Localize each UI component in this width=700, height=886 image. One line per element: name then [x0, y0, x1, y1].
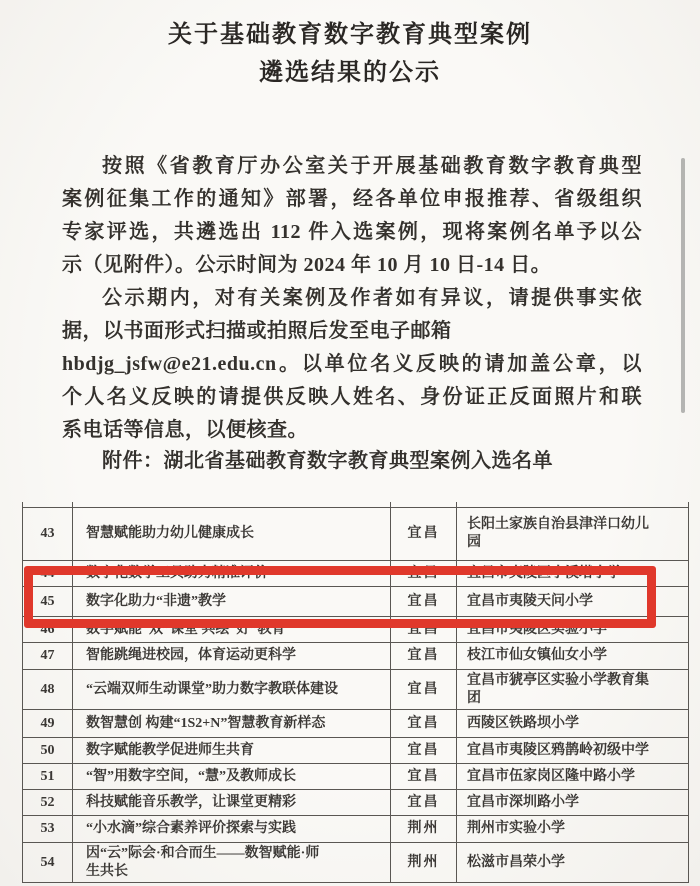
page-title-line1: 关于基础教育数字教育典型案例: [0, 16, 700, 54]
table-row: 47 智能跳绳进校园，体育运动更科学 宜昌 枝江市仙女镇仙女小学: [23, 643, 689, 670]
row-case: 科技赋能音乐教学，让课堂更精彩: [73, 790, 391, 816]
row-city: 宜昌: [391, 617, 457, 643]
row-city: 荆州: [391, 843, 457, 883]
row-org: 宜昌市伍家岗区隆中路小学: [457, 764, 689, 790]
table-row: 53 “小水滴”综合素养评价探索与实践 荆州 荆州市实验小学: [23, 816, 689, 843]
row-case: 智能跳绳进校园，体育运动更科学: [73, 643, 391, 670]
paragraph-objection: 公示期内，对有关案例及作者如有异议，请提供事实依据，以书面形式扫描或拍照后发至电…: [62, 282, 642, 447]
attachment-note: 附件：湖北省基础教育数字教育典型案例入选名单: [62, 445, 700, 478]
row-city: 宜昌: [391, 790, 457, 816]
row-org: 荆州市实验小学: [457, 816, 689, 843]
row-org: 宜昌市猇亭区实验小学教育集团: [457, 670, 689, 710]
row-city: 宜昌: [391, 710, 457, 738]
paragraph-line: 据，以书面形式扫描或拍照后发至电子邮箱: [62, 315, 642, 348]
row-org: 宜昌市夷陵区鸦鹊岭初级中学: [457, 738, 689, 764]
row-no: 50: [23, 738, 73, 764]
row-no: 44: [23, 561, 73, 587]
row-org: 长阳土家族自治县津洋口幼儿园: [457, 508, 689, 561]
row-case: 数字赋能“双”课堂 共绘“好”教育: [73, 617, 391, 643]
row-city: 宜昌: [391, 508, 457, 561]
row-org: 松滋市昌荣小学: [457, 843, 689, 883]
document-page: 关于基础教育数字教育典型案例 遴选结果的公示 按照《省教育厅办公室关于开展基础教…: [0, 0, 700, 886]
scrollbar-thumb[interactable]: [681, 158, 685, 413]
row-no: 51: [23, 764, 73, 790]
row-no: 53: [23, 816, 73, 843]
table-row: 49 数智慧创 构建“1S2+N”智慧教育新样态 宜昌 西陵区铁路坝小学: [23, 710, 689, 738]
row-case: 因“云”际会·和合而生——数智赋能·师生共长: [73, 843, 391, 883]
table-row: 43 智慧赋能助力幼儿健康成长 宜昌 长阳土家族自治县津洋口幼儿园: [23, 508, 689, 561]
paragraph-line: hbdjg_jsfw@e21.edu.cn。以单位名义反映的请加盖公章，以: [62, 348, 642, 381]
row-org: 宜昌市夷陵区实验小学: [457, 617, 689, 643]
row-case: “小水滴”综合素养评价探索与实践: [73, 816, 391, 843]
paragraph-notice: 按照《省教育厅办公室关于开展基础教育数字教育典型案例征集工作的通知》部署，经各单…: [62, 150, 642, 282]
row-no: 43: [23, 508, 73, 561]
row-no: 45: [23, 587, 73, 617]
table-row-highlighted: 45 数字化助力“非遗”教学 宜昌 宜昌市夷陵天问小学: [23, 587, 689, 617]
row-case: “智”用数字空间，“慧”及教师成长: [73, 764, 391, 790]
table-row: 44 数字化数学工具助力精准评价 宜昌 宜昌市夷陵区小溪塔小学: [23, 561, 689, 587]
row-city: 宜昌: [391, 643, 457, 670]
row-org: 宜昌市深圳路小学: [457, 790, 689, 816]
paragraph-line: 个人名义反映的请提供反映人姓名、身份证正反面照片和联: [62, 381, 642, 414]
row-no: 52: [23, 790, 73, 816]
row-no: 49: [23, 710, 73, 738]
table-row: 51 “智”用数字空间，“慧”及教师成长 宜昌 宜昌市伍家岗区隆中路小学: [23, 764, 689, 790]
row-city: 宜昌: [391, 738, 457, 764]
paragraph-line: 专家评选，共遴选出 112 件入选案例，现将案例名单予以公: [62, 216, 642, 249]
row-no: 46: [23, 617, 73, 643]
row-no: 54: [23, 843, 73, 883]
page-title-line2: 遴选结果的公示: [0, 54, 700, 92]
row-city: 荆州: [391, 816, 457, 843]
paragraph-line: 案例征集工作的通知》部署，经各单位申报推荐、省级组织: [62, 183, 642, 216]
row-org: 枝江市仙女镇仙女小学: [457, 643, 689, 670]
paragraph-line: 示（见附件）。公示时间为 2024 年 10 月 10 日-14 日。: [62, 249, 642, 282]
table-row: 48 “云端双师生动课堂”助力数字教联体建设 宜昌 宜昌市猇亭区实验小学教育集团: [23, 670, 689, 710]
table-row: 50 数字赋能教学促进师生共育 宜昌 宜昌市夷陵区鸦鹊岭初级中学: [23, 738, 689, 764]
paragraph-line: 按照《省教育厅办公室关于开展基础教育数字教育典型: [62, 150, 642, 183]
row-city: 宜昌: [391, 764, 457, 790]
row-city: 宜昌: [391, 587, 457, 617]
row-case: 智慧赋能助力幼儿健康成长: [73, 508, 391, 561]
table-row: 52 科技赋能音乐教学，让课堂更精彩 宜昌 宜昌市深圳路小学: [23, 790, 689, 816]
row-case: 数字赋能教学促进师生共育: [73, 738, 391, 764]
case-table-body: 43 智慧赋能助力幼儿健康成长 宜昌 长阳土家族自治县津洋口幼儿园 44 数字化…: [23, 502, 689, 883]
table-row: 54 因“云”际会·和合而生——数智赋能·师生共长 荆州 松滋市昌荣小学: [23, 843, 689, 883]
row-city: 宜昌: [391, 670, 457, 710]
row-org: 宜昌市夷陵区小溪塔小学: [457, 561, 689, 587]
row-org: 宜昌市夷陵天问小学: [457, 587, 689, 617]
row-city: 宜昌: [391, 561, 457, 587]
row-case: 数字化数学工具助力精准评价: [73, 561, 391, 587]
row-no: 47: [23, 643, 73, 670]
row-case: 数智慧创 构建“1S2+N”智慧教育新样态: [73, 710, 391, 738]
paragraph-line: 公示期内，对有关案例及作者如有异议，请提供事实依: [62, 282, 642, 315]
row-no: 48: [23, 670, 73, 710]
row-org: 西陵区铁路坝小学: [457, 710, 689, 738]
case-table: 43 智慧赋能助力幼儿健康成长 宜昌 长阳土家族自治县津洋口幼儿园 44 数字化…: [22, 502, 694, 886]
page-title: 关于基础教育数字教育典型案例 遴选结果的公示: [0, 16, 700, 92]
table-row: 46 数字赋能“双”课堂 共绘“好”教育 宜昌 宜昌市夷陵区实验小学: [23, 617, 689, 643]
row-case: 数字化助力“非遗”教学: [73, 587, 391, 617]
row-case: “云端双师生动课堂”助力数字教联体建设: [73, 670, 391, 710]
paragraph-line: 系电话等信息，以便核查。: [62, 414, 642, 447]
